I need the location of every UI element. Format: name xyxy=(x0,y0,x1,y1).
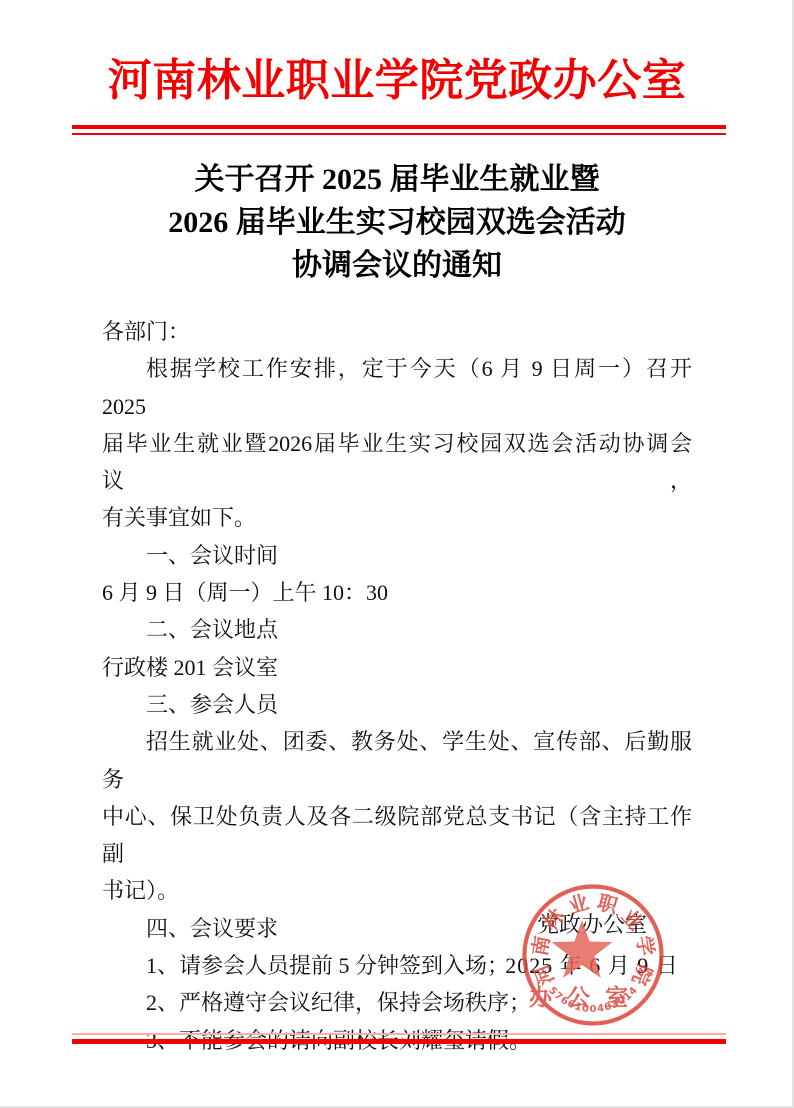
body-line: 有关事宜如下。 xyxy=(102,499,692,536)
body-line: 书记）。 xyxy=(102,872,692,909)
signature-date: 2025 年 6 月 9 日 xyxy=(447,952,737,980)
header-rule-thin-line xyxy=(72,133,726,135)
title-line-2: 2026 届毕业生实习校园双选会活动 xyxy=(0,201,794,244)
title-line-1: 关于召开 2025 届毕业生就业暨 xyxy=(0,158,794,201)
document-title: 关于召开 2025 届毕业生就业暨 2026 届毕业生实习校园双选会活动 协调会… xyxy=(0,158,794,287)
body-line: 各部门： xyxy=(102,313,692,350)
footer-rule xyxy=(72,1033,726,1044)
footer-rule-thick-line xyxy=(72,1039,726,1044)
body-line: 招生就业处、团委、教务处、学生处、宣传部、后勤服务 xyxy=(102,723,692,798)
body-line: 根据学校工作安排，定于今天（6 月 9 日周一）召开 2025 xyxy=(102,350,692,425)
body-line: 二、会议地点 xyxy=(102,611,692,648)
signature-department: 党政办公室 xyxy=(447,911,737,939)
body-line: 三、参会人员 xyxy=(102,686,692,723)
body-line: 行政楼 201 会议室 xyxy=(102,649,692,686)
title-line-3: 协调会议的通知 xyxy=(0,244,794,287)
header-rule xyxy=(72,125,726,135)
body-line: 届毕业生就业暨2026届毕业生实习校园双选会活动协调会议， xyxy=(102,425,692,500)
header-office-name: 河南林业职业学院党政办公室 xyxy=(0,56,794,106)
body-line: 6 月 9 日（周一）上午 10：30 xyxy=(102,574,692,611)
body-line: 2、严格遵守会议纪律，保持会场秩序； xyxy=(102,984,692,1021)
body-line: 一、会议时间 xyxy=(102,537,692,574)
body-line: 中心、保卫处负责人及各二级院部党总支书记（含主持工作副 xyxy=(102,798,692,873)
notice-document: 河南林业职业学院党政办公室 关于召开 2025 届毕业生就业暨 2026 届毕业… xyxy=(0,0,794,1108)
signature-block: 党政办公室 2025 年 6 月 9 日 xyxy=(447,911,737,980)
